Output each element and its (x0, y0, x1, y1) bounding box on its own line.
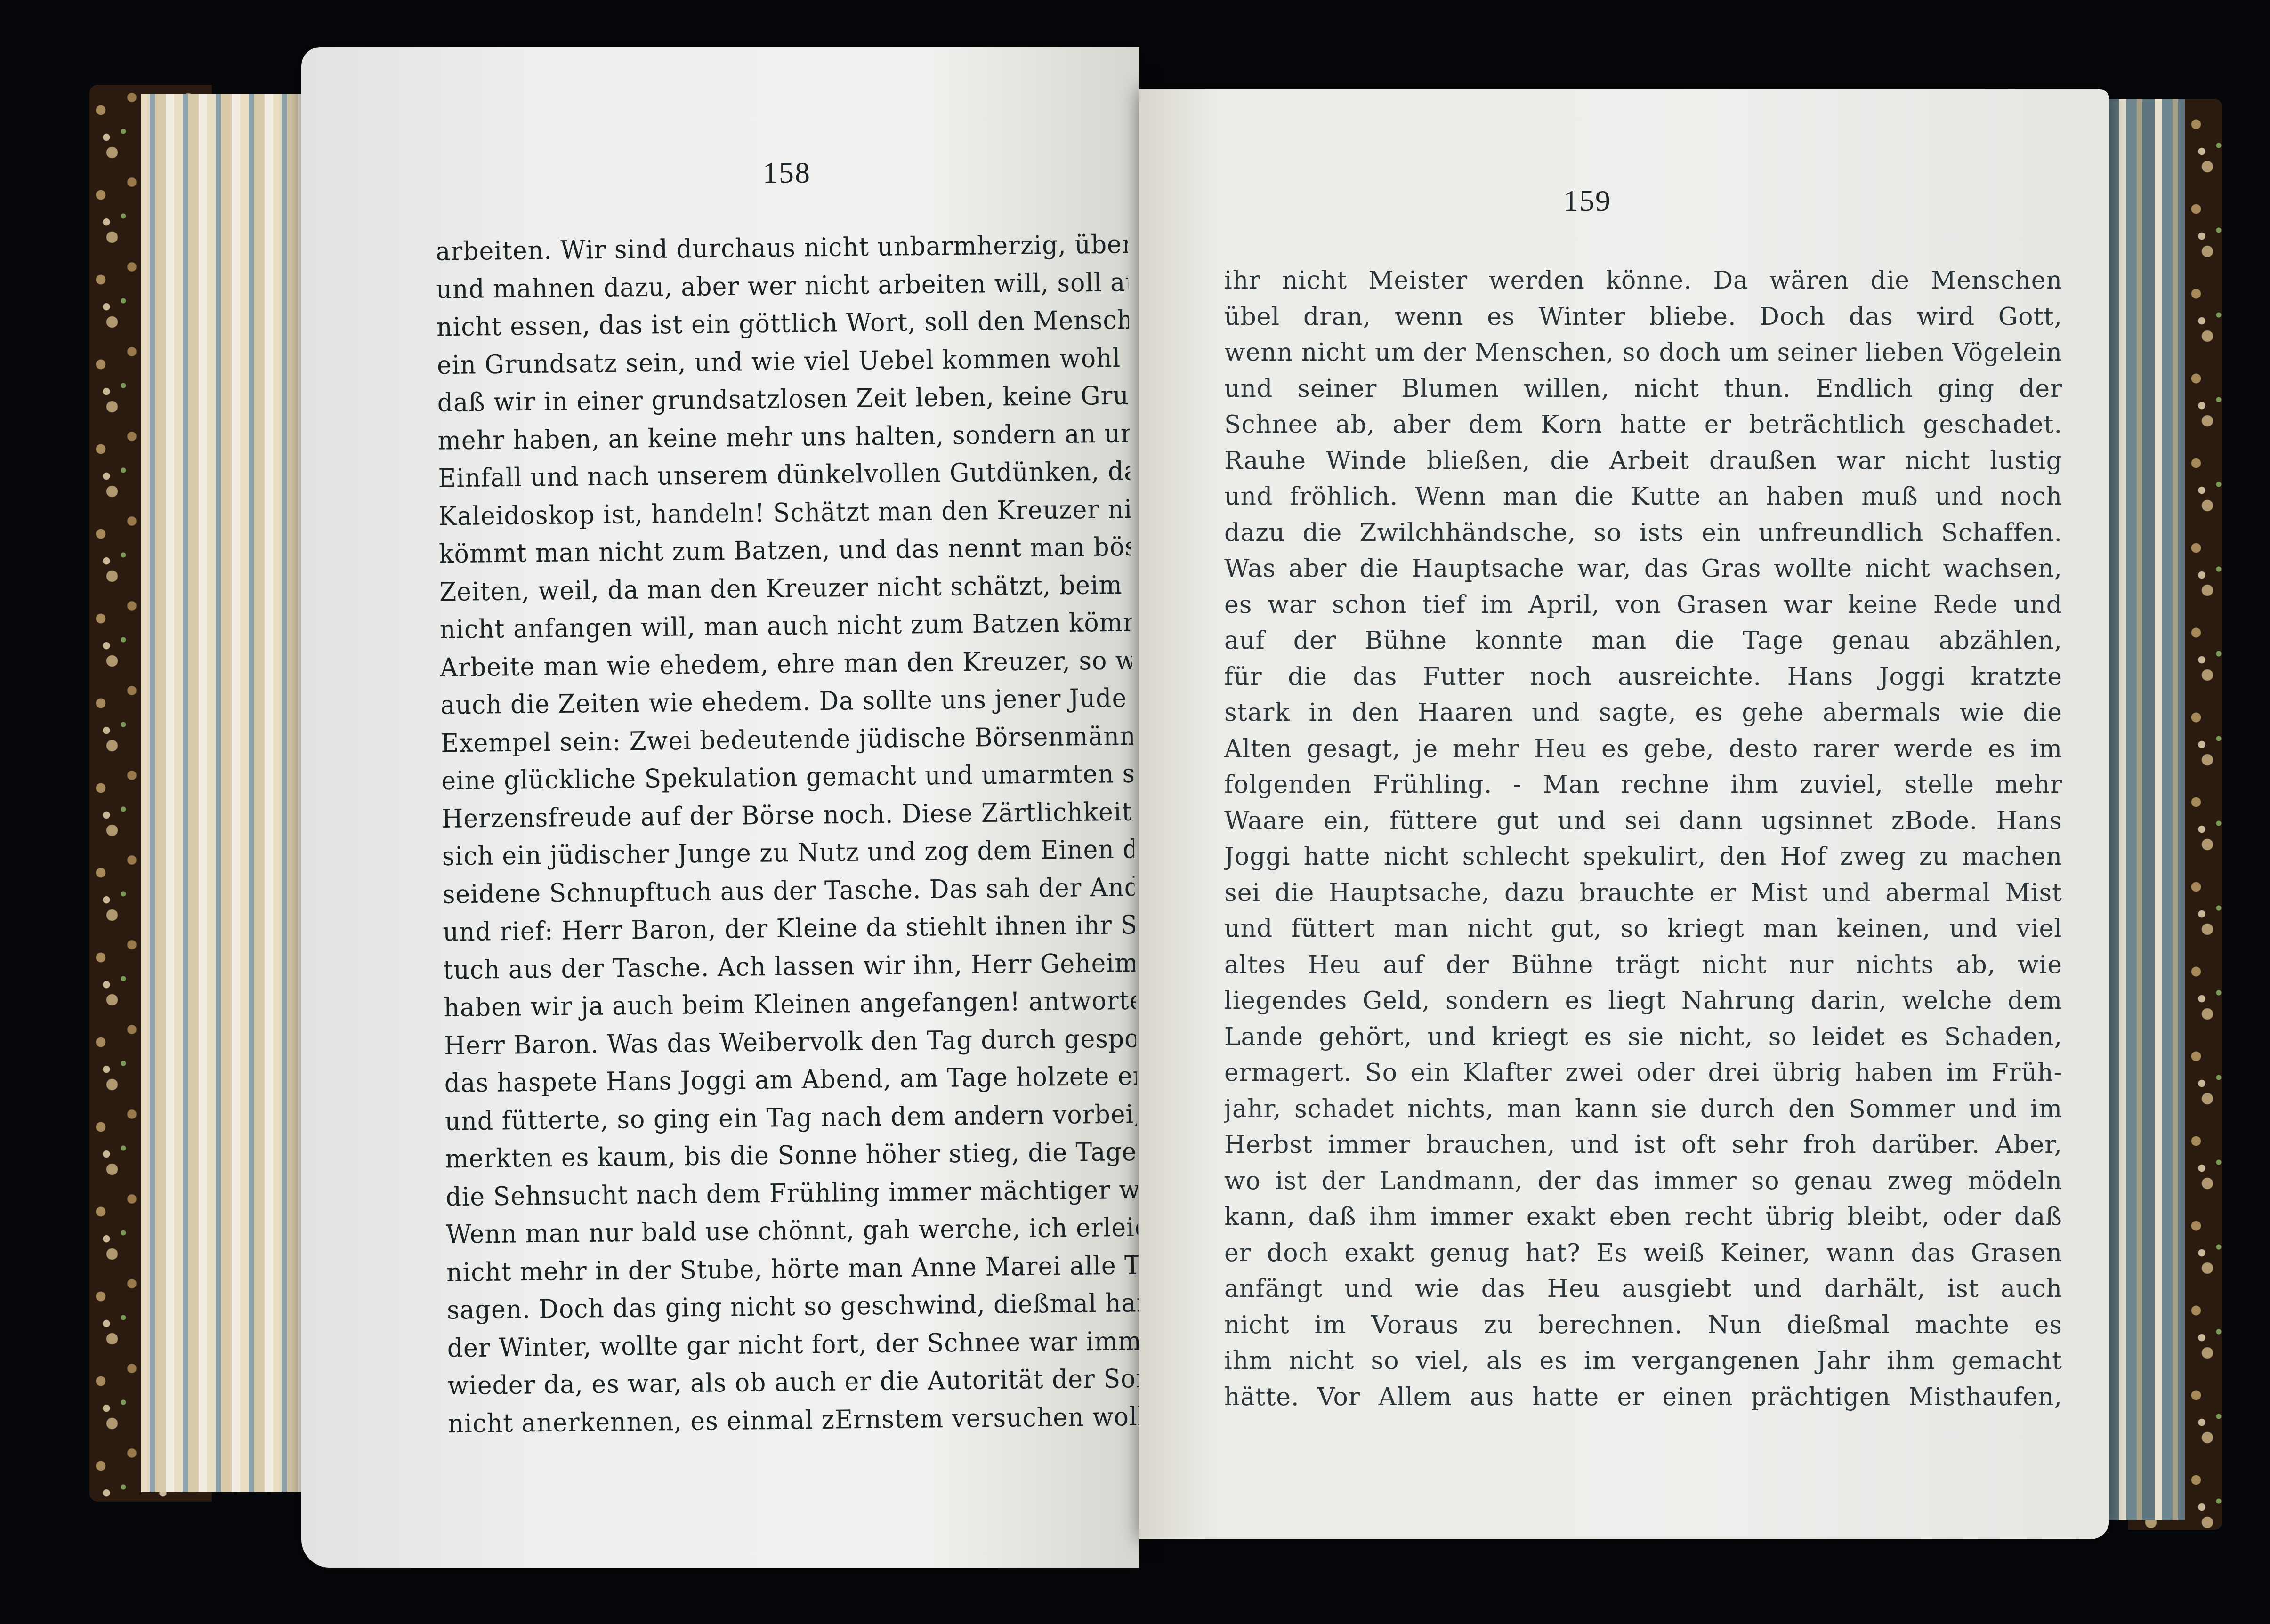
page-number-left: 158 (763, 155, 811, 190)
text-line: und seiner Blumen willen, nicht thun. En… (1224, 371, 2062, 407)
text-line: er doch exakt genug hat? Es weiß Keiner,… (1224, 1235, 2062, 1271)
text-line: Joggi hatte nicht schlecht spekulirt, de… (1224, 839, 2062, 875)
text-line: es war schon tief im April, von Grasen w… (1224, 587, 2062, 623)
text-line: und fütterte, so ging ein Tag nach dem a… (444, 1095, 1137, 1141)
text-line: kömmt man nicht zum Batzen, und das nenn… (439, 528, 1131, 573)
text-line: ihm nicht so viel, als es im vergangenen… (1224, 1343, 2062, 1379)
text-line: liegendes Geld, sondern es liegt Nahrung… (1224, 983, 2062, 1019)
text-line: Exempel sein: Zwei bedeutende jüdische B… (441, 717, 1133, 763)
text-line: Rauhe Winde bließen, die Arbeit draußen … (1224, 443, 2062, 479)
text-line: auf der Bühne konnte man die Tage genau … (1224, 623, 2062, 659)
text-line: sich ein jüdischer Junge zu Nutz und zog… (442, 831, 1134, 876)
text-line: hätte. Vor Allem aus hatte er einen präc… (1224, 1379, 2062, 1415)
text-line: Arbeite man wie ehedem, ehre man den Kre… (440, 642, 1132, 687)
text-line: jahr, schadet nichts, man kann sie durch… (1224, 1091, 2062, 1127)
text-line: Herbst immer brauchen, und ist oft sehr … (1224, 1127, 2062, 1163)
text-line: nicht anfangen will, man auch nicht zum … (439, 604, 1132, 649)
text-line: altes Heu auf der Bühne trägt nicht nur … (1224, 947, 2062, 983)
text-line: folgenden Frühling. - Man rechne ihm zuv… (1224, 767, 2062, 803)
text-line: auch die Zeiten wie ehedem. Da sollte un… (440, 679, 1133, 724)
text-line: wenn nicht um der Menschen, so doch um s… (1224, 335, 2062, 371)
right-page: 159 ihr nicht Meister werden könne. Da w… (1139, 89, 2109, 1539)
text-line: die Sehnsucht nach dem Frühling immer mä… (445, 1171, 1138, 1216)
text-line: stark in den Haaren und sagte, es gehe a… (1224, 695, 2062, 731)
text-line: eine glückliche Spekulation gemacht und … (441, 755, 1134, 800)
text-line: und mahnen dazu, aber wer nicht arbeiten… (436, 264, 1129, 309)
text-line: Herzensfreude auf der Börse noch. Diese … (442, 793, 1134, 838)
text-line: mehr haben, an keine mehr uns halten, so… (437, 415, 1130, 460)
text-line: haben wir ja auch beim Kleinen angefange… (444, 982, 1136, 1027)
right-page-text: ihr nicht Meister werden könne. Da wären… (1224, 263, 2062, 1415)
text-line: der Winter, wollte gar nicht fort, der S… (447, 1322, 1139, 1367)
text-line: kann, daß ihm immer exakt eben recht übr… (1224, 1199, 2062, 1235)
text-line: übel dran, wenn es Winter bliebe. Doch d… (1224, 299, 2062, 335)
text-line: und fröhlich. Wenn man die Kutte an habe… (1224, 479, 2062, 515)
text-line: anfängt und wie das Heu ausgiebt und dar… (1224, 1271, 2062, 1307)
text-line: ihr nicht Meister werden könne. Da wären… (1224, 263, 2062, 299)
text-line: nicht anerkennen, es einmal zErnstem ver… (448, 1398, 1140, 1443)
text-line: wo ist der Landmann, der das immer so ge… (1224, 1163, 2062, 1199)
text-line: Kaleidoskop ist, handeln! Schätzt man de… (438, 490, 1131, 536)
page-number-right: 159 (1563, 184, 1611, 218)
text-line: arbeiten. Wir sind durchaus nicht unbarm… (436, 226, 1128, 271)
text-line: merkten es kaum, bis die Sonne höher sti… (445, 1133, 1138, 1178)
text-line: daß wir in einer grundsatzlosen Zeit leb… (437, 377, 1130, 422)
text-line: Waare ein, füttere gut und sei dann ugsi… (1224, 803, 2062, 839)
text-line: ein Grundsatz sein, und wie viel Uebel k… (437, 339, 1130, 385)
left-page: 158 arbeiten. Wir sind durchaus nicht un… (301, 47, 1139, 1568)
text-line: nicht mehr in der Stube, hörte man Anne … (446, 1246, 1139, 1292)
text-line: Alten gesagt, je mehr Heu es gebe, desto… (1224, 731, 2062, 767)
text-line: Schnee ab, aber dem Korn hatte er beträc… (1224, 407, 2062, 443)
text-line: nicht im Voraus zu berechnen. Nun dießma… (1224, 1307, 2062, 1343)
text-line: und füttert man nicht gut, so kriegt man… (1224, 911, 2062, 947)
text-line: Herr Baron. Was das Weibervolk den Tag d… (444, 1020, 1137, 1065)
left-page-text: arbeiten. Wir sind durchaus nicht unbarm… (436, 226, 1140, 1443)
text-line: Einfall und nach unserem dünkelvollen Gu… (438, 453, 1131, 498)
text-line: Was aber die Hauptsache war, das Gras wo… (1224, 551, 2062, 587)
text-line: dazu die Zwilchhändsche, so ists ein unf… (1224, 515, 2062, 551)
text-line: sei die Hauptsache, dazu brauchte er Mis… (1224, 875, 2062, 911)
text-line: für die das Futter noch ausreichte. Hans… (1224, 659, 2062, 695)
text-line: ermagert. So ein Klafter zwei oder drei … (1224, 1055, 2062, 1091)
text-line: und rief: Herr Baron, der Kleine da stie… (443, 906, 1135, 951)
text-line: sagen. Doch das ging nicht so geschwind,… (447, 1285, 1139, 1330)
text-line: wieder da, es war, als ob auch er die Au… (447, 1360, 1140, 1405)
text-line: Wenn man nur bald use chönnt, gah werche… (446, 1209, 1139, 1254)
text-line: seidene Schnupftuch aus der Tasche. Das … (442, 868, 1135, 914)
text-line: Lande gehört, und kriegt es sie nicht, s… (1224, 1019, 2062, 1055)
text-line: tuch aus der Tasche. Ach lassen wir ihn,… (443, 944, 1136, 989)
left-page-edges (141, 94, 311, 1492)
text-line: das haspete Hans Joggi am Abend, am Tage… (444, 1058, 1137, 1103)
text-line: nicht essen, das ist ein göttlich Wort, … (436, 301, 1129, 346)
text-line: Zeiten, weil, da man den Kreuzer nicht s… (439, 566, 1132, 611)
